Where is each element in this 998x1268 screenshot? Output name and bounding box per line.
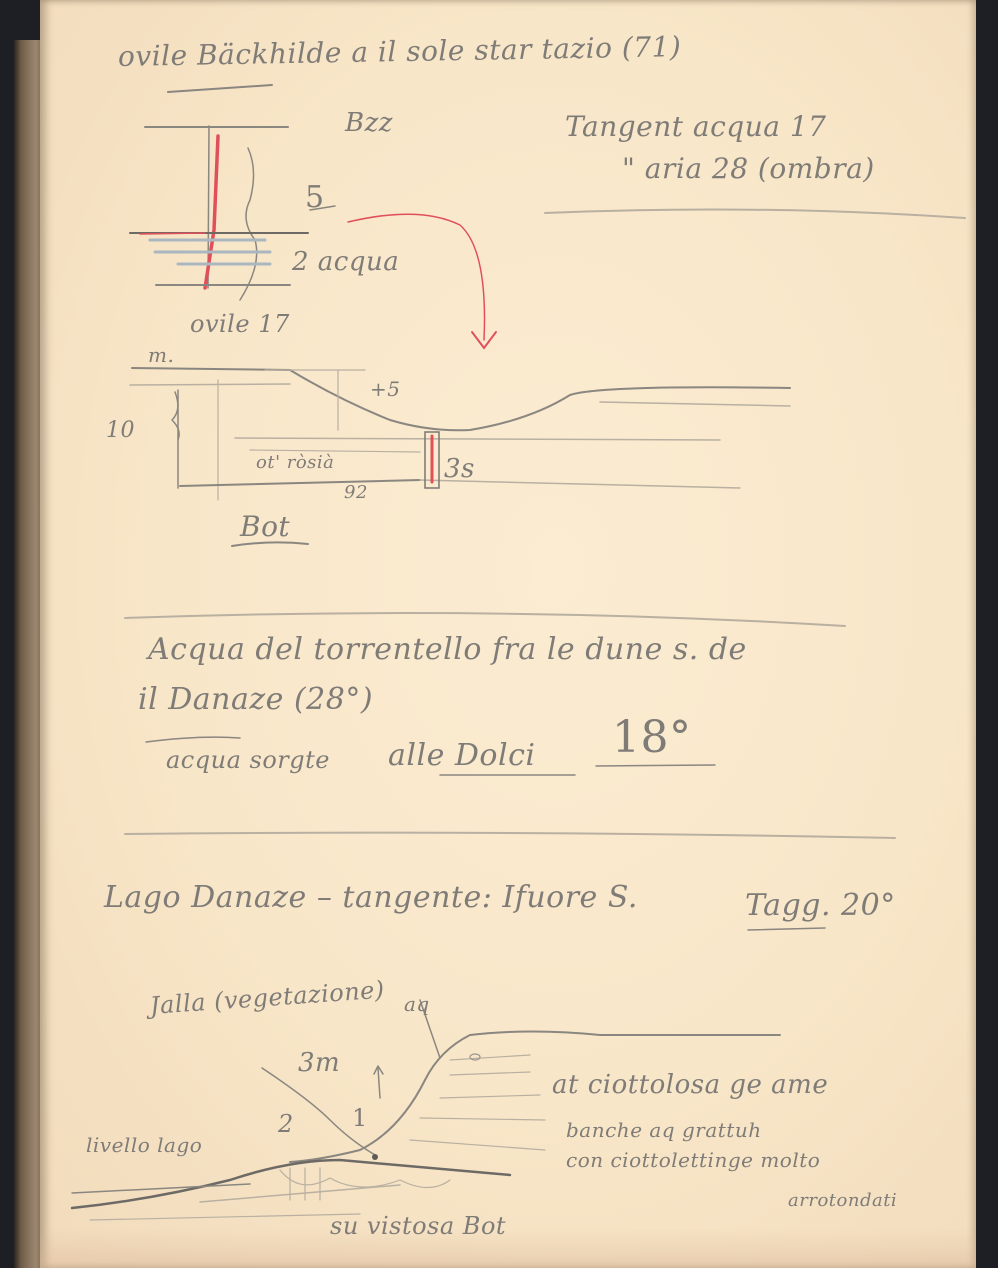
- divider-right: [545, 209, 965, 218]
- note-line1: Acqua del torrentello fra le dune s. de: [148, 632, 747, 667]
- label-10: 10: [106, 418, 135, 443]
- tangent-note-line2: " aria 28 (ombra): [622, 152, 875, 185]
- note-line2: il Danaze (28°): [138, 682, 373, 717]
- label-2-level: 2: [278, 1110, 294, 1138]
- lake-temperature: Tagg. 20°: [745, 888, 896, 923]
- label-plus5: +5: [370, 377, 400, 401]
- label-strata: ot' ròsià: [256, 452, 334, 473]
- label-aq: aq: [404, 992, 430, 1016]
- temperature-value: 18°: [612, 712, 692, 763]
- label-3m: 3m: [298, 1048, 340, 1078]
- shore-note-line4: arrotondati: [788, 1190, 897, 1211]
- label-3s: 3s: [444, 454, 475, 484]
- label-ovile-17: ovile 17: [190, 310, 290, 338]
- label-lake-level: livello lago: [86, 1133, 202, 1157]
- shore-note-line2: banche aq grattuh: [566, 1118, 762, 1142]
- label-2-acqua: 2 acqua: [292, 247, 399, 277]
- label-5: 5: [305, 180, 325, 215]
- note-line3-mid: alle Dolci: [388, 738, 535, 773]
- shore-note-line3: con ciottolettinge molto: [566, 1148, 820, 1172]
- label-92: 92: [344, 482, 368, 503]
- note-line3-left: acqua sorgte: [166, 746, 330, 774]
- label-bzz: Bzz: [345, 108, 393, 138]
- shore-note-line1: at ciottolosa ge ame: [552, 1070, 828, 1100]
- water-column-diagram: [130, 126, 496, 348]
- bottom-label: su vistosa Bot: [330, 1212, 506, 1240]
- divider-1: [125, 613, 845, 626]
- label-1-level: 1: [352, 1104, 368, 1132]
- divider-2: [125, 833, 895, 838]
- tangent-note-line1: Tangent acqua 17: [565, 110, 826, 143]
- label-m: m.: [148, 343, 174, 367]
- label-bot: Bot: [240, 510, 290, 543]
- shoreline-diagram: [72, 1000, 780, 1220]
- lake-note: Lago Danaze – tangente: Ifuore S.: [104, 880, 638, 915]
- title-underline: [168, 85, 272, 92]
